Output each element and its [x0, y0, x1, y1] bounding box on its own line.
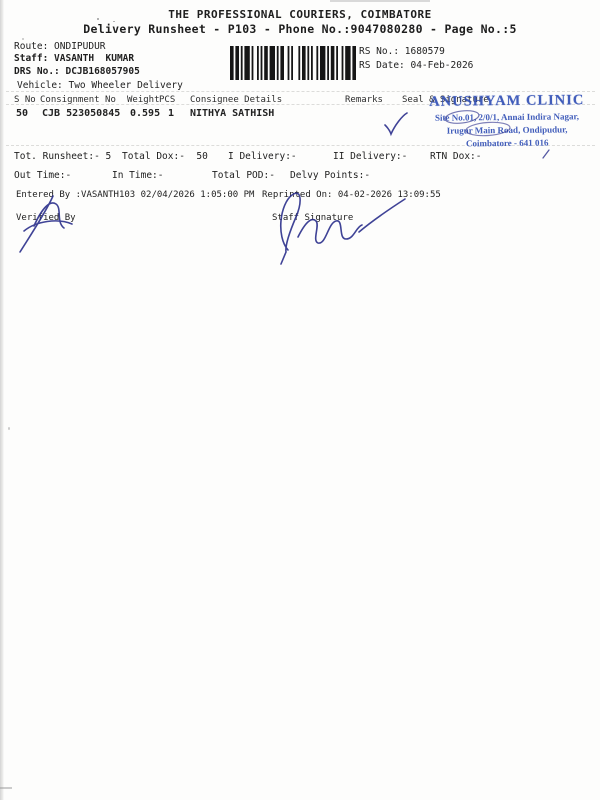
out-time: Out Time:-: [14, 170, 71, 181]
cell-consignee: NITHYA SATHISH: [190, 108, 274, 119]
route-field: Route: ONDIPUDUR: [14, 41, 106, 52]
scanned-delivery-runsheet: THE PROFESSIONAL COURIERS, COIMBATORE De…: [0, 0, 600, 800]
staff-signature-mark: [272, 188, 407, 266]
staff-field: Staff: VASANTH KUMAR: [14, 53, 134, 64]
col-header-weight: Weight: [127, 95, 160, 105]
cell-s-no: 50: [16, 108, 28, 119]
drs-no-field: DRS No.: DCJB168057905: [14, 66, 140, 77]
verified-by-signature: [12, 192, 82, 257]
vehicle-field: Vehicle: Two Wheeler Delivery: [17, 80, 183, 91]
cell-pcs: 1: [168, 108, 174, 119]
ii-delivery: II Delivery:-: [333, 151, 407, 162]
cell-consignment-no: CJB 523050845: [42, 108, 120, 119]
scan-left-edge: [0, 0, 4, 800]
col-header-remarks: Remarks: [345, 95, 383, 105]
stamp-circle-annotations: [418, 92, 598, 147]
scan-speck: [0, 787, 12, 789]
in-time: In Time:-: [112, 170, 163, 181]
rs-no-field: RS No.: 1680579: [359, 46, 445, 57]
rs-date-field: RS Date: 04-Feb-2026: [359, 60, 473, 71]
col-header-consignment-no: Consignment No: [40, 95, 116, 105]
page-subtitle: Delivery Runsheet - P103 - Phone No.:904…: [0, 22, 600, 36]
pen-tick-mark: [541, 148, 551, 160]
col-header-pcs: PCS: [159, 95, 175, 105]
scan-top-edge: [330, 0, 430, 2]
delvy-points: Delvy Points:-: [290, 170, 370, 181]
col-header-s-no: S No: [14, 95, 36, 105]
i-delivery: I Delivery:-: [228, 151, 297, 162]
checkmark-pen-icon: [381, 110, 409, 140]
total-pod: Total POD:-: [212, 170, 275, 181]
col-header-consignee-details: Consignee Details: [190, 95, 282, 105]
scan-speck: [8, 427, 10, 430]
total-dox: Total Dox:- 50: [122, 151, 208, 162]
barcode: [230, 46, 356, 80]
scan-speck: [22, 38, 24, 40]
rtn-dox: RTN Dox:-: [430, 151, 481, 162]
page-title: THE PROFESSIONAL COURIERS, COIMBATORE: [0, 8, 600, 21]
cell-weight: 0.595: [130, 108, 160, 119]
total-runsheet: Tot. Runsheet:- 5: [14, 151, 111, 162]
